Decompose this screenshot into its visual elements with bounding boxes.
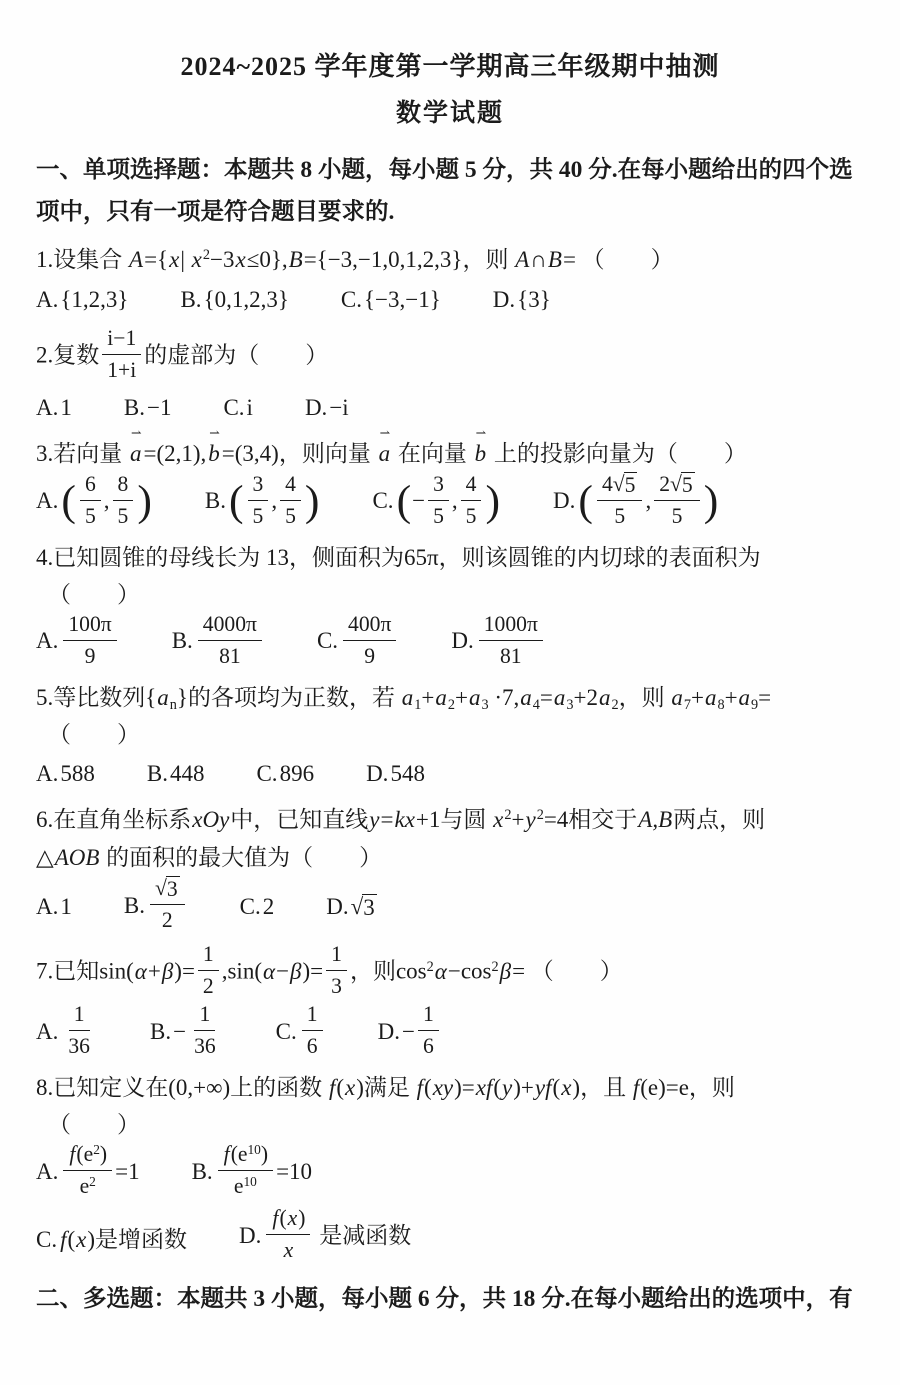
math-variable: β (161, 959, 174, 984)
math-text: 1+i (107, 358, 136, 382)
option: C.2 (240, 894, 275, 920)
math-text: 896 (280, 761, 315, 786)
numerator: √3 (150, 874, 185, 905)
math-text: = (381, 807, 394, 832)
numerator: 4 (280, 470, 301, 501)
option-content: {3} (517, 287, 551, 312)
option-content: {1,2,3} (60, 287, 128, 312)
superscript: 2 (537, 808, 544, 822)
denominator: 5 (80, 501, 101, 530)
math-text: = （ ） (512, 959, 623, 984)
question-block: 7.已知sin(α+β)=12,sin(α−β)=13，则cos2α−cos2β… (36, 943, 864, 1063)
option-content: (−35,45) (396, 488, 501, 513)
numerator: 3 (428, 470, 449, 501)
subscript: 4 (533, 698, 540, 712)
math-text: 4 (285, 472, 296, 496)
math-text: ( (424, 1075, 432, 1100)
math-text: 2.复数 (36, 342, 99, 367)
math-text: ,sin( (222, 959, 262, 984)
option-content: f(x)是增函数 (59, 1227, 187, 1252)
numerator: i−1 (102, 324, 141, 355)
fraction: 65 (80, 470, 101, 530)
math-text: 2 (659, 472, 670, 496)
option-label: B. (192, 1159, 213, 1184)
option: A.(65,85) (36, 473, 153, 533)
math-text: )，且 (572, 1075, 631, 1100)
option-label: C. (317, 628, 338, 653)
math-text: 中，已知直线 (230, 807, 368, 832)
numerator: 8 (113, 470, 134, 501)
options-row: A.1B.√32C.2D.√3 (36, 877, 864, 937)
option-content: 588 (60, 761, 95, 786)
option-content: 4000π81 (195, 628, 265, 653)
math-text: )= (303, 959, 324, 984)
math-variable: α (434, 959, 448, 984)
math-text: 9 (364, 644, 375, 668)
math-text: (e)=e，则 (640, 1075, 735, 1100)
math-text: 400π (348, 612, 391, 636)
option-label: C. (36, 1227, 57, 1252)
math-text: 448 (170, 761, 205, 786)
math-text: )+ (513, 1075, 534, 1100)
square-root: √5 (613, 472, 638, 498)
math-text: = （ ） (563, 247, 674, 272)
answer-blank: （ ） (36, 1107, 864, 1143)
fraction: 100π9 (63, 610, 116, 670)
question-block: 3.若向量 a=(2,1),b=(3,4)，则向量 a 在向量 b 上的投影向量… (36, 435, 864, 533)
denominator: 81 (495, 641, 527, 670)
radicand: 3 (362, 894, 377, 921)
subscript: n (170, 698, 177, 712)
math-text: =(3,4)，则向量 (222, 441, 377, 466)
math-text: i−1 (107, 326, 136, 350)
math-text: 4 (466, 472, 477, 496)
math-text: 是减函数 (313, 1223, 411, 1248)
math-text: 5 (614, 504, 625, 528)
math-text: 36 (68, 1034, 90, 1058)
math-variable: a (598, 685, 612, 710)
math-variable: x (168, 247, 180, 272)
question-stem-line: 7.已知sin(α+β)=12,sin(α−β)=13，则cos2α−cos2β… (36, 943, 864, 1003)
math-text: 81 (500, 644, 522, 668)
denominator: 5 (428, 501, 449, 530)
option-content: (65,85) (60, 488, 153, 513)
option: A.136 (36, 1003, 98, 1063)
math-text: , (104, 488, 110, 513)
option-label: A. (36, 395, 58, 420)
math-text: + (455, 685, 468, 710)
question-stem-line: 1.设集合 A={x| x2−3x≤0},B={−3,−1,0,1,2,3}，则… (36, 241, 864, 279)
superscript: 10 (243, 1175, 256, 1188)
math-text: 的面积的最大值为（ ） (100, 845, 382, 870)
math-variable: xf (475, 1075, 494, 1100)
fraction: f(e10)e10 (218, 1140, 273, 1200)
math-text: {0,1,2,3} (204, 287, 289, 312)
math-text: 4.已知圆锥的母线长为 13，侧面积为65π，则该圆锥的内切球的表面积为 (36, 545, 761, 570)
option: B.(35,45) (205, 473, 321, 533)
option-content: −136 (173, 1019, 224, 1044)
option-label: C. (256, 761, 277, 786)
option-content: 100π9 (60, 628, 119, 653)
denominator: 5 (280, 501, 301, 530)
math-text: )是增函数 (87, 1227, 187, 1252)
numerator: 3 (248, 470, 269, 501)
numerator: f(e2) (63, 1140, 112, 1171)
option-label: B. (180, 287, 201, 312)
option: C.{−3,−1} (341, 287, 441, 313)
math-text: { (157, 247, 168, 272)
math-text: {1,2,3} (60, 287, 128, 312)
superscript: 2 (89, 1175, 96, 1188)
math-text: 5 (285, 504, 296, 528)
option-label: D. (239, 1223, 261, 1248)
section1-heading-line1: 一、单项选择题：本题共 8 小题，每小题 5 分，共 40 分.在每小题给出的四… (36, 149, 864, 191)
option: B.{0,1,2,3} (180, 287, 288, 313)
numerator: 4000π (198, 610, 262, 641)
math-text: }的各项均为正数，若 (177, 685, 401, 710)
option-label: A. (36, 894, 58, 919)
option: A.{1,2,3} (36, 287, 128, 313)
options-row: A.588B.448C.896D.548 (36, 753, 864, 795)
math-text: ( (336, 1075, 344, 1100)
radicand: 3 (166, 876, 180, 902)
math-text: 5 (466, 504, 477, 528)
denominator: 5 (248, 501, 269, 530)
math-text: (e (231, 1142, 248, 1166)
option: C.896 (256, 761, 314, 787)
option-label: D. (451, 628, 473, 653)
math-text: 5 (433, 504, 444, 528)
math-text: 588 (60, 761, 95, 786)
math-variable: y (501, 1075, 513, 1100)
options-row: C.f(x)是增函数D.f(x)x 是减函数 (36, 1207, 864, 1267)
math-text: 3 (253, 472, 264, 496)
option: B.4000π81 (172, 613, 265, 673)
big-paren: ( (60, 477, 77, 525)
math-text: −i (329, 395, 348, 420)
math-variable: yf (534, 1075, 553, 1100)
option: A.1 (36, 894, 72, 920)
math-text: =1 (115, 1159, 139, 1184)
option: C.f(x)是增函数 (36, 1221, 187, 1254)
math-variable: AOB (54, 845, 101, 870)
subscript: 3 (566, 698, 573, 712)
math-variable: f (632, 1075, 640, 1100)
option-content: (35,45) (228, 488, 321, 513)
option-content: −i (329, 395, 348, 420)
option: D.(4√55,2√55) (553, 473, 719, 533)
math-text: 5 (85, 504, 96, 528)
math-text: 2 (162, 908, 173, 932)
math-variable: a (704, 685, 718, 710)
option: C.16 (276, 1003, 326, 1063)
option-content: 16 (299, 1019, 326, 1044)
options-row: A.(65,85)B.(35,45)C.(−35,45)D.(4√55,2√55… (36, 473, 864, 533)
vector-symbol: b (475, 435, 487, 473)
denominator: 5 (461, 501, 482, 530)
math-text: , (452, 488, 458, 513)
math-text: ( (67, 1227, 75, 1252)
math-variable: y (368, 807, 380, 832)
big-paren: ) (703, 477, 720, 525)
options-row: A.136B.−136C.16D.−16 (36, 1003, 864, 1063)
option-label: C. (223, 395, 244, 420)
math-text: 3 (433, 472, 444, 496)
option: D.1000π81 (451, 613, 546, 673)
option-label: A. (36, 761, 58, 786)
option-content: 548 (390, 761, 425, 786)
denominator: 9 (80, 641, 101, 670)
math-text: , (271, 488, 277, 513)
math-variable: xOy (191, 807, 230, 832)
superscript: 2 (93, 1143, 100, 1156)
math-text: 36 (194, 1034, 216, 1058)
math-variable: a (434, 685, 448, 710)
options-row: A.1B.−1C.iD.−i (36, 387, 864, 429)
math-variable: x (235, 247, 247, 272)
math-text: + (148, 959, 161, 984)
fraction: 45 (461, 470, 482, 530)
option-content: (4√55,2√55) (577, 488, 719, 513)
denominator: e2 (75, 1171, 101, 1200)
superscript: 2 (427, 960, 434, 974)
option: A.1 (36, 395, 72, 421)
subscript: 2 (611, 698, 618, 712)
math-text: −cos (448, 959, 492, 984)
math-text: 在向量 (392, 441, 473, 466)
math-text: i (247, 395, 253, 420)
question-block: 8.已知定义在(0,+∞)上的函数 f(x)满足 f(xy)=xf(y)+yf(… (36, 1069, 864, 1267)
math-text: =(2,1), (144, 441, 207, 466)
question-stem-line: 2.复数i−11+i的虚部为（ ） (36, 327, 864, 387)
math-text: ，则cos (350, 959, 427, 984)
fraction: 4√55 (597, 470, 643, 530)
question-stem: 1.设集合 A={x| x2−3x≤0},B={−3,−1,0,1,2,3}，则… (36, 241, 864, 279)
math-text: + (511, 807, 524, 832)
radicand: 5 (624, 472, 638, 498)
math-text: 的虚部为（ ） (144, 342, 328, 367)
option-label: D. (378, 1019, 400, 1044)
math-variable: x (560, 1075, 572, 1100)
fraction: i−11+i (102, 324, 141, 384)
math-text: 8.已知定义在(0,+∞)上的函数 (36, 1075, 328, 1100)
math-variable: x (344, 1075, 356, 1100)
math-text: △ (36, 845, 54, 870)
math-text: ∩ (530, 247, 547, 272)
numerator: 1 (69, 1000, 90, 1031)
math-text: 8 (118, 472, 129, 496)
denominator: 5 (609, 501, 630, 530)
math-text: | (180, 247, 190, 272)
section2-heading: 二、多选题：本题共 3 小题，每小题 6 分，共 18 分.在每小题给出的选项中… (36, 1278, 864, 1320)
denominator: 2 (157, 905, 178, 934)
question-block: 6.在直角坐标系xOy中，已知直线y=kx+1与圆 x2+y2=4相交于A,B两… (36, 801, 864, 937)
options-row: A.{1,2,3}B.{0,1,2,3}C.{−3,−1}D.{3} (36, 279, 864, 321)
fraction: √32 (150, 874, 185, 934)
math-variable: y (524, 807, 536, 832)
section1-heading: 一、单项选择题：本题共 8 小题，每小题 5 分，共 40 分.在每小题给出的四… (36, 149, 864, 233)
option-content: 2 (263, 894, 275, 919)
math-variable: β (499, 959, 512, 984)
option-content: −1 (147, 395, 171, 420)
math-text: 1 (423, 1002, 434, 1026)
question-stem-line: 5.等比数列{an}的各项均为正数，若 a1+a2+a3 ·7,a4=a3+2a… (36, 679, 864, 717)
math-variable: x (492, 807, 504, 832)
denominator: 1+i (102, 355, 141, 384)
math-text: 3 (331, 974, 342, 998)
math-text: 6.在直角坐标系 (36, 807, 191, 832)
math-variable: f (416, 1075, 424, 1100)
option: D.√3 (326, 894, 377, 921)
math-text: , (645, 488, 651, 513)
option-label: A. (36, 1159, 58, 1184)
math-text: −1 (147, 395, 171, 420)
page-title: 2024~2025 学年度第一学期高三年级期中抽测 (36, 46, 864, 83)
questions-list: 1.设集合 A={x| x2−3x≤0},B={−3,−1,0,1,2,3}，则… (36, 241, 864, 1268)
numerator: 1 (302, 1000, 323, 1031)
math-variable: A,B (637, 807, 673, 832)
math-variable: a (553, 685, 567, 710)
math-text: 81 (219, 644, 241, 668)
denominator: x (278, 1235, 300, 1264)
fraction: 13 (326, 940, 347, 1000)
math-text: （ ） (48, 582, 140, 607)
question-stem: 5.等比数列{an}的各项均为正数，若 a1+a2+a3 ·7,a4=a3+2a… (36, 679, 864, 753)
question-stem-line: 6.在直角坐标系xOy中，已知直线y=kx+1与圆 x2+y2=4相交于A,B两… (36, 801, 864, 839)
option-label: C. (240, 894, 261, 919)
numerator: 2√5 (654, 470, 700, 501)
option-label: B. (150, 1019, 171, 1044)
denominator: 81 (214, 641, 246, 670)
numerator: 4√5 (597, 470, 643, 501)
numerator: f(x) (266, 1204, 310, 1235)
math-text: ·7, (489, 685, 520, 710)
option-content: {−3,−1} (364, 287, 441, 312)
math-text: − (412, 488, 425, 513)
numerator: 1 (198, 940, 219, 971)
math-text: 2 (203, 974, 214, 998)
math-text: − (276, 959, 289, 984)
question-stem: 2.复数i−11+i的虚部为（ ） (36, 327, 864, 387)
option: B.448 (147, 761, 205, 787)
math-variable: a (670, 685, 684, 710)
denominator: 6 (418, 1031, 439, 1060)
option-content: 1 (60, 395, 72, 420)
option-content: i (247, 395, 253, 420)
math-text: = (540, 685, 553, 710)
math-text: 1 (60, 894, 72, 919)
option: C.(−35,45) (372, 473, 501, 533)
math-text: ) (298, 1206, 305, 1230)
option: D.{3} (493, 287, 551, 313)
numerator: 1000π (479, 610, 543, 641)
option: D.−i (305, 395, 349, 421)
question-block: 5.等比数列{an}的各项均为正数，若 a1+a2+a3 ·7,a4=a3+2a… (36, 679, 864, 795)
math-text: 548 (390, 761, 425, 786)
math-text: 6 (85, 472, 96, 496)
math-text: ) (261, 1142, 268, 1166)
math-text: )满足 (356, 1075, 415, 1100)
option: D.548 (366, 761, 425, 787)
answer-blank: （ ） (36, 577, 864, 613)
math-text: 1 (307, 1002, 318, 1026)
denominator: e10 (229, 1171, 262, 1200)
math-text: 5 (253, 504, 264, 528)
option: D.−16 (378, 1003, 442, 1063)
option: C.400π9 (317, 613, 399, 673)
question-block: 4.已知圆锥的母线长为 13，侧面积为65π，则该圆锥的内切球的表面积为（ ） … (36, 539, 864, 673)
subscript: 3 (481, 698, 488, 712)
option-label: A. (36, 287, 58, 312)
denominator: 9 (359, 641, 380, 670)
subscript: 9 (751, 698, 758, 712)
square-root: √5 (670, 472, 695, 498)
math-text: 100π (68, 612, 111, 636)
math-text: 5 (118, 504, 129, 528)
option-label: A. (36, 488, 58, 513)
fraction: 35 (428, 470, 449, 530)
option-content: −16 (402, 1019, 442, 1044)
math-text: ( (493, 1075, 501, 1100)
vector-symbol: a (130, 435, 142, 473)
math-text: ，则 (619, 685, 671, 710)
math-text: 两点，则 (673, 807, 765, 832)
numerator: 6 (80, 470, 101, 501)
option: B.−1 (124, 395, 172, 421)
math-variable: x (191, 247, 203, 272)
math-text: =4相交于 (544, 807, 637, 832)
superscript: 2 (203, 248, 210, 262)
option: D.f(x)x 是减函数 (239, 1207, 411, 1267)
answer-blank: （ ） (36, 717, 864, 753)
numerator: 1 (418, 1000, 439, 1031)
option-label: C. (372, 488, 393, 513)
option-label: C. (341, 287, 362, 312)
math-text: 6 (307, 1034, 318, 1058)
math-text: +1与圆 (416, 807, 492, 832)
math-text: 5 (672, 504, 683, 528)
denominator: 5 (113, 501, 134, 530)
option-content: f(e10)e10=10 (215, 1159, 312, 1184)
option-label: D. (553, 488, 575, 513)
math-text: −3 (210, 247, 234, 272)
math-variable: α (262, 959, 276, 984)
option-content: f(e2)e2=1 (60, 1159, 139, 1184)
math-text: 1 (331, 942, 342, 966)
math-text: + (725, 685, 738, 710)
math-text: ( (279, 1206, 286, 1230)
option: A.588 (36, 761, 95, 787)
option-content: 1 (60, 894, 72, 919)
option-content: √3 (351, 894, 377, 919)
math-variable: kx (393, 807, 415, 832)
option: A.100π9 (36, 613, 120, 673)
fraction: f(e2)e2 (63, 1140, 112, 1200)
question-stem-line: 4.已知圆锥的母线长为 13，侧面积为65π，则该圆锥的内切球的表面积为 (36, 539, 864, 577)
math-text: 上的投影向量为（ ） (488, 441, 747, 466)
option-label: B. (124, 395, 145, 420)
math-variable: x (75, 1227, 87, 1252)
math-text: =10 (276, 1159, 312, 1184)
math-text: 4000π (203, 612, 257, 636)
option-label: B. (147, 761, 168, 786)
math-variable: a (401, 685, 415, 710)
question-stem: 4.已知圆锥的母线长为 13，侧面积为65π，则该圆锥的内切球的表面积为（ ） (36, 539, 864, 613)
math-text: 1.设集合 (36, 247, 128, 272)
option: C.i (223, 395, 252, 421)
numerator: 400π (343, 610, 396, 641)
math-text: − (402, 1019, 415, 1044)
